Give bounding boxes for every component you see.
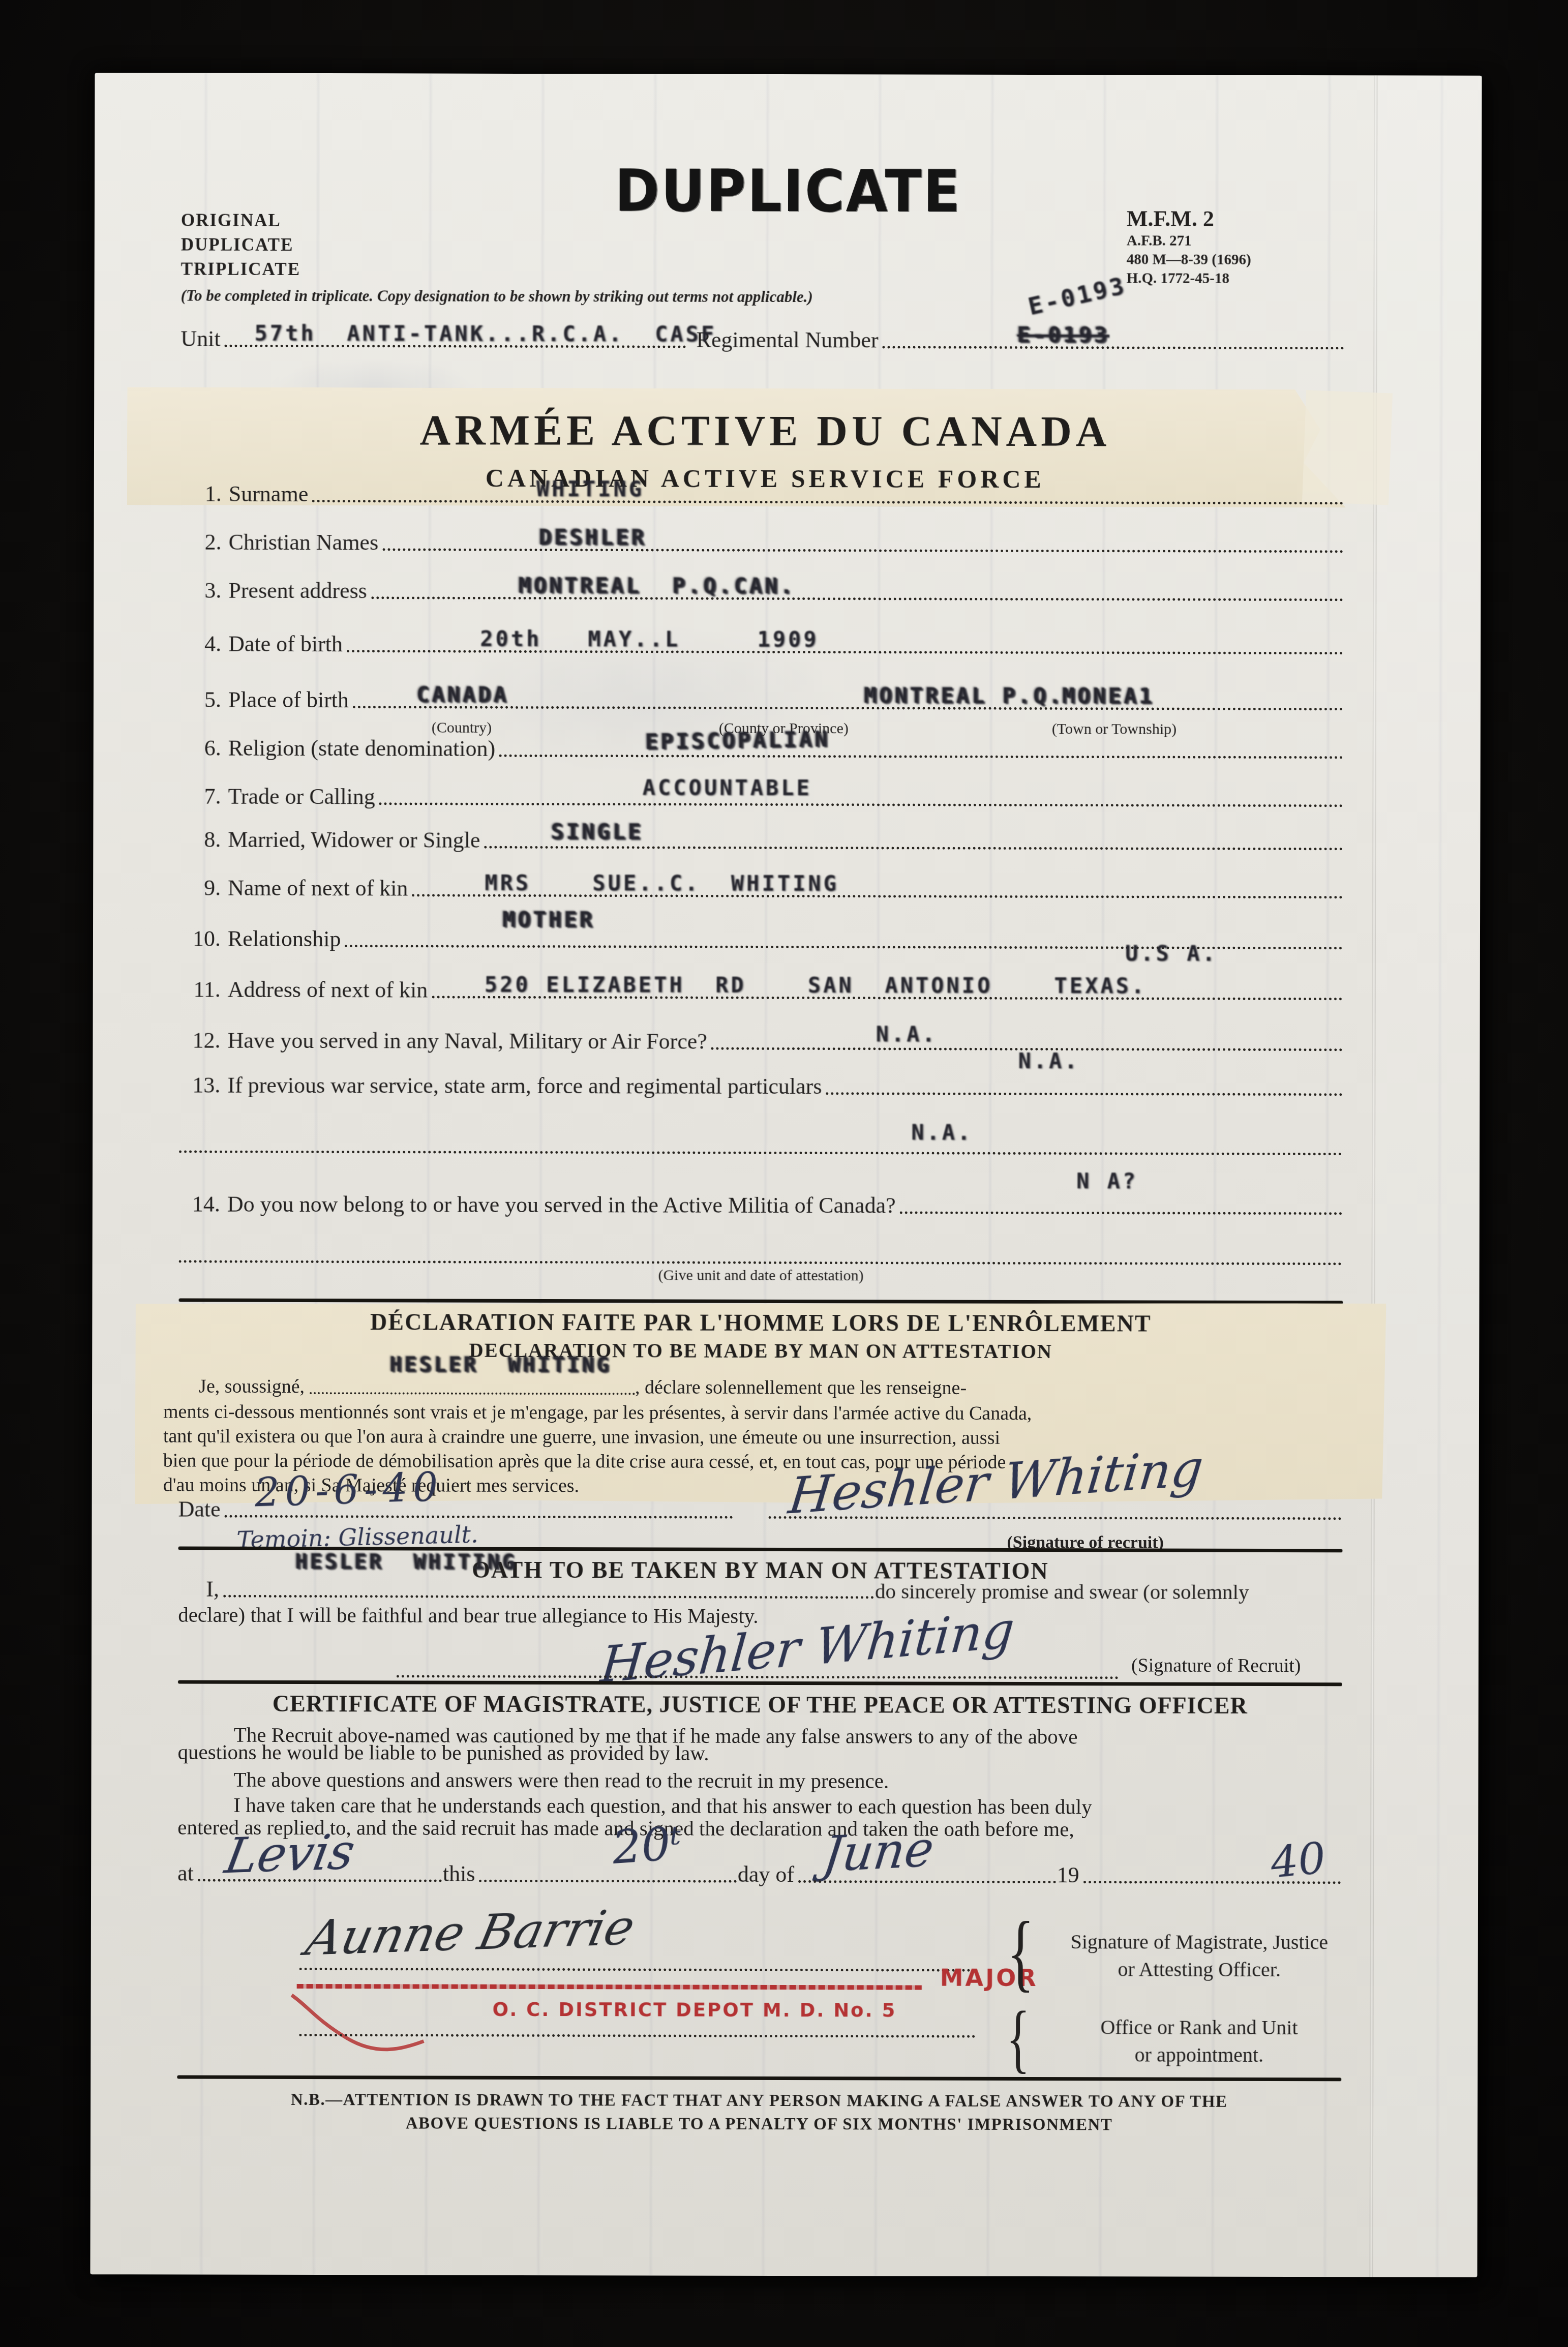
section-rule (177, 2075, 1341, 2081)
dotted-line (225, 1515, 733, 1519)
date-label: Date (178, 1496, 221, 1522)
dotted-line (798, 1880, 1056, 1883)
nb-warning-line2: ABOVE QUESTIONS IS LIABLE TO A PENALTY O… (177, 2114, 1341, 2135)
dotted-line (769, 1516, 1342, 1520)
attestation-place-date-row: at this day of 19 (177, 1856, 1342, 1888)
oath-line2: declare) that I will be faithful and bea… (178, 1602, 759, 1628)
date-row: Date (178, 1492, 1343, 1524)
this-label: this (443, 1861, 475, 1887)
oath-i-label: I, (178, 1576, 219, 1602)
dotted-line (299, 1968, 976, 1972)
signature-section: 20-6-40 Heshler Whiting Date (Signature … (176, 73, 1345, 2277)
oath-line1-row: I, do sincerely promise and swear (or so… (178, 1572, 1342, 1604)
oath-line1-post: do sincerely promise and swear (or solem… (875, 1579, 1249, 1604)
day-of-label: day of (738, 1861, 794, 1887)
stamp-strike-line (297, 1984, 922, 1990)
magistrate-signature-caption-line1: Signature of Magistrate, Justice (1037, 1930, 1362, 1954)
photo-background: DUPLICATE ORIGINAL DUPLICATE TRIPLICATE … (0, 0, 1568, 2347)
at-label: at (177, 1860, 194, 1886)
dotted-line (223, 1595, 874, 1599)
certificate-para2: The above questions and answers were the… (177, 1767, 889, 1793)
attestation-form-page: DUPLICATE ORIGINAL DUPLICATE TRIPLICATE … (90, 73, 1482, 2277)
certificate-heading: CERTIFICATE OF MAGISTRATE, JUSTICE OF TH… (178, 1690, 1342, 1719)
nb-warning-line1: N.B.—ATTENTION IS DRAWN TO THE FACT THAT… (177, 2090, 1341, 2112)
year-prefix: 19 (1057, 1862, 1079, 1888)
signature-of-recruit-caption-2: (Signature of Recruit) (1131, 1654, 1301, 1677)
dotted-line (198, 1879, 442, 1882)
magistrate-signature-caption-line2: or Attesting Officer. (1037, 1957, 1362, 1981)
magistrate-signature-handwritten: Aunne Barrie (301, 1900, 640, 1967)
brace-glyph: { (1007, 1900, 1034, 2004)
section-rule (178, 1680, 1342, 1686)
certificate-para1-line2: questions he would be liable to be punis… (178, 1739, 709, 1765)
office-rank-caption-line1: Office or Rank and Unit (1036, 2015, 1362, 2039)
dotted-line (1083, 1881, 1341, 1884)
brace-glyph: { (1006, 1993, 1030, 2084)
stamp-unit-district-depot: O. C. DISTRICT DEPOT M. D. No. 5 (493, 1999, 897, 2022)
office-rank-caption-line2: or appointment. (1036, 2042, 1362, 2067)
dotted-line (479, 1880, 736, 1883)
oath-typed-name: HESLER WHITING (295, 1550, 517, 1574)
stamp-flourish (286, 1990, 429, 2057)
